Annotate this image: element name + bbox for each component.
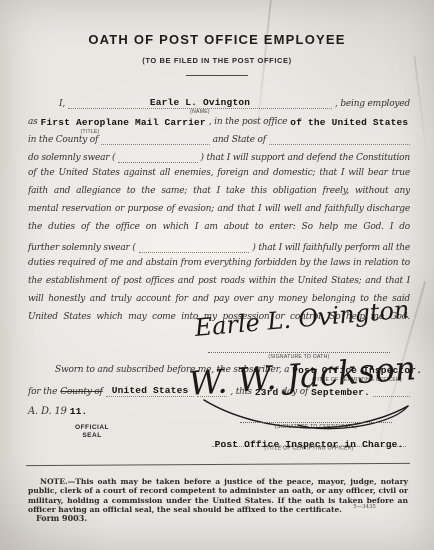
state-phrase: and State of [213, 135, 266, 146]
further-blank [139, 240, 250, 253]
further-open: further solemnly swear ( [28, 243, 136, 254]
oath-body-line: faith and allegiance to the same; that I… [28, 182, 410, 200]
jurisdiction-blank: United States [106, 382, 195, 397]
position-title-blank: First Aeroplane Mail Carrier (TITLE) [41, 114, 206, 128]
oath-line-further: further solemnly swear ( ) that I will f… [28, 236, 410, 254]
oath-body-line: of the United States against all enemies… [28, 164, 410, 182]
county-blank [101, 132, 210, 145]
official-seal-label: OFFICIAL SEAL [70, 424, 114, 439]
certifying-officer-title-blank: Post Office Inspector in Charge. (TITLE … [212, 432, 406, 447]
name-blank: Earle L. Ovington (NAME) [68, 94, 332, 109]
office-value: of the United States [290, 117, 408, 128]
ad-pre-text: A. D. 19 [28, 406, 67, 417]
document-subtitle: (TO BE FILED IN THE POST OFFICE) [0, 56, 434, 65]
as-word: as [28, 117, 38, 128]
oath-line-title: as First Aeroplane Mail Carrier (TITLE) … [28, 110, 410, 128]
footnote-text: NOTE.—This oath may be taken before a ju… [28, 477, 408, 515]
certificate-signature-line [240, 410, 392, 423]
state-blank [269, 132, 410, 145]
certificate-signature-label: (SIGNATURE TO CERTIFICATE) [251, 424, 380, 429]
swear-blank [118, 150, 197, 163]
oath-i: I, [59, 99, 65, 110]
position-title-value: First Aeroplane Mail Carrier [41, 117, 206, 128]
paper-crease [413, 55, 428, 164]
county-of-struck-text: County of [60, 387, 102, 398]
print-code: 5—3435 [353, 503, 376, 509]
document-title: OATH OF POST OFFICE EMPLOYEE [0, 32, 434, 47]
oath-body-line: the duties of the office on which I am a… [28, 218, 410, 236]
header-rule [186, 75, 248, 76]
being-employed-text: , being employed [335, 99, 410, 110]
post-office-phrase: , in the post office [209, 117, 287, 128]
oath-body-line: the establishment of post offices and po… [28, 272, 410, 290]
for-the-text: for the [28, 387, 57, 398]
year-value: 11. [70, 406, 88, 417]
swear-close: ) that I will support and defend the Con… [201, 153, 410, 164]
swear-open: do solemnly swear ( [28, 153, 115, 164]
position-title-label: (TITLE) [81, 128, 100, 137]
scanned-oath-document: OATH OF POST OFFICE EMPLOYEE (TO BE FILE… [0, 0, 434, 550]
form-number: Form 9003. [36, 513, 87, 523]
certifying-officer-title-label: (TITLE OF CERTIFYING OFFICER) [264, 446, 353, 451]
oath-paragraph: I, Earle L. Ovington (NAME) , being empl… [28, 92, 410, 326]
footer-rule [26, 463, 410, 466]
oath-line-swear: do solemnly swear ( ) that I will suppor… [28, 146, 410, 164]
oath-body-line: mental reservation or purpose of evasion… [28, 200, 410, 218]
oath-body-line: duties required of me and abstain from e… [28, 254, 410, 272]
name-value: Earle L. Ovington [150, 97, 250, 108]
oath-line-name: I, Earle L. Ovington (NAME) , being empl… [28, 92, 410, 110]
further-close: ) that I will faithfully perform all the [252, 243, 410, 254]
jurisdiction-value: United States [112, 385, 189, 396]
